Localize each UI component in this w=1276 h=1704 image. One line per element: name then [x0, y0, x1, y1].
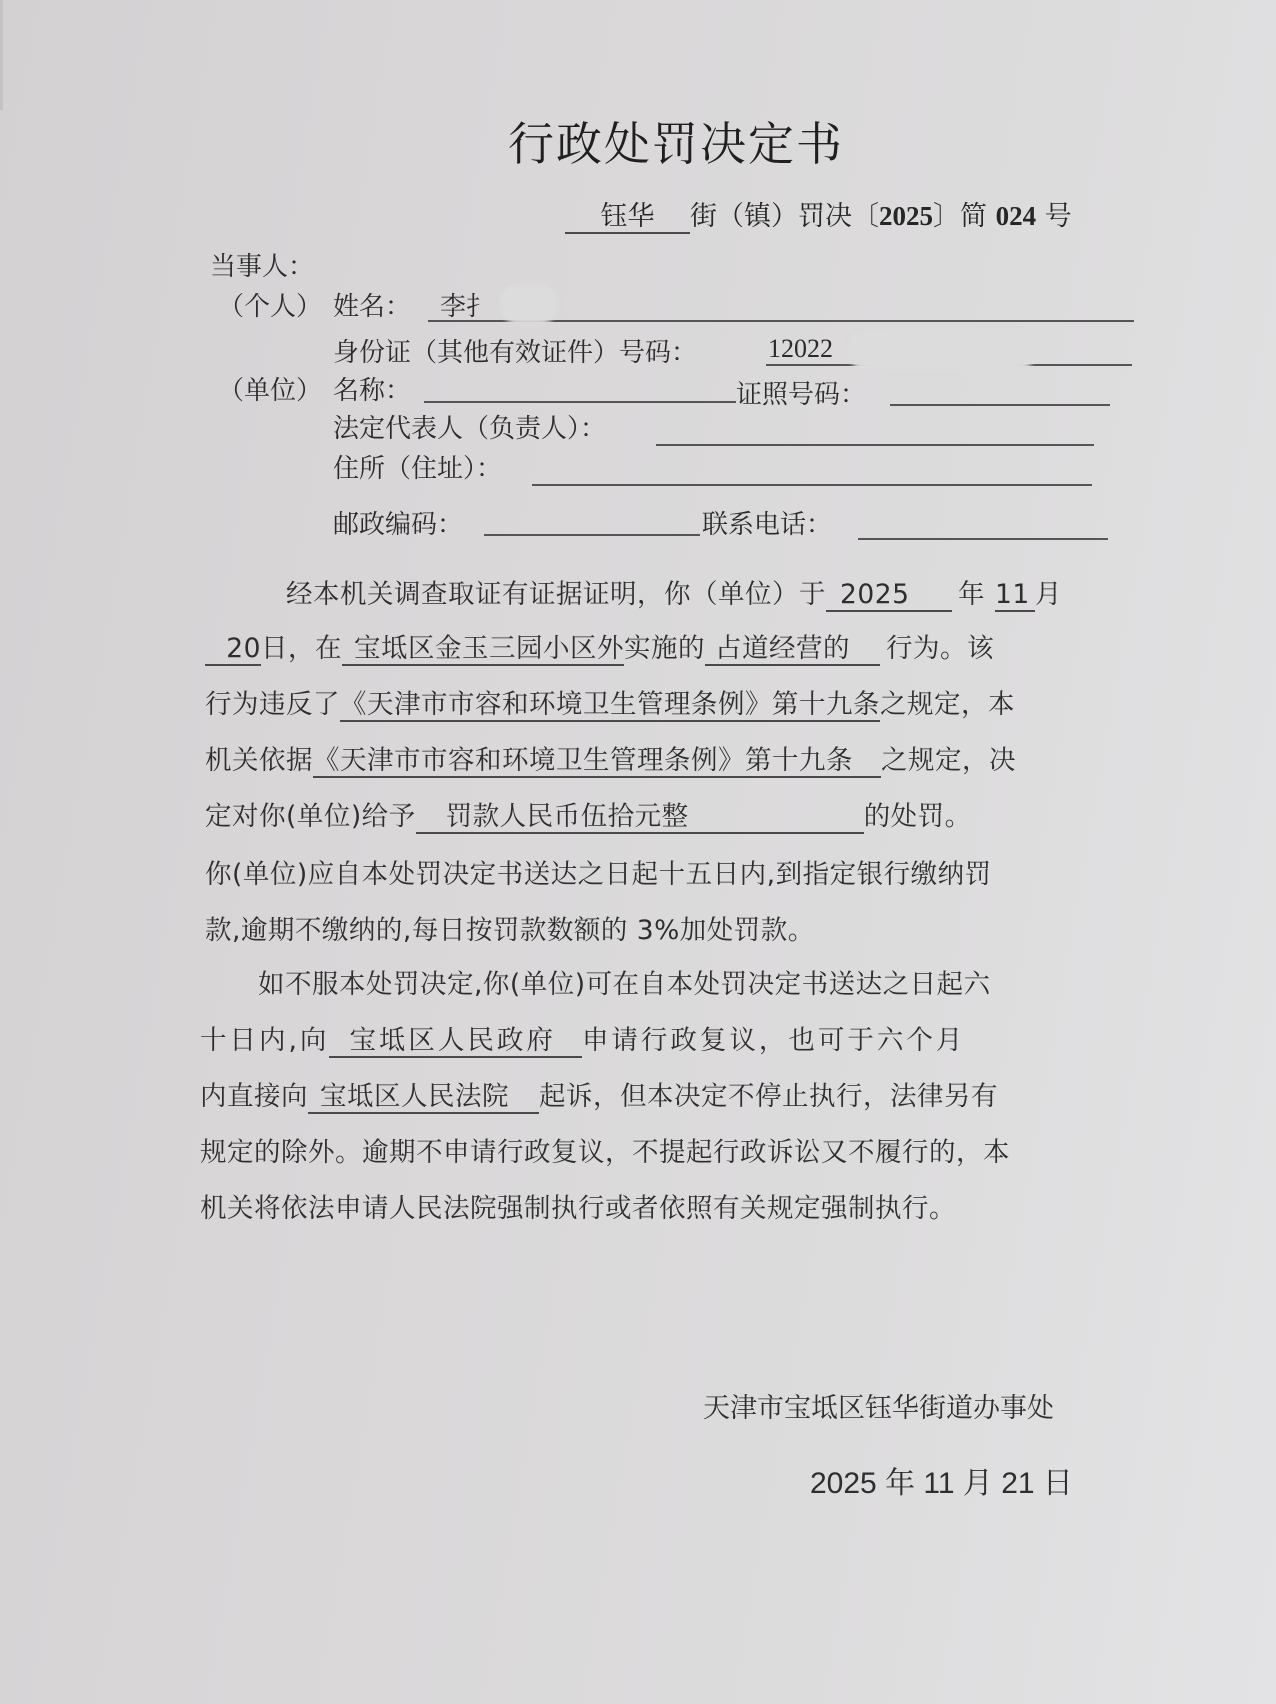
facts-line-4: 机关依据《天津市市容和环境卫生管理条例》第十九条之规定，决	[205, 738, 1016, 778]
license-field	[890, 404, 1110, 406]
payment-line-1: 你(单位)应自本处罚决定书送达之日起十五日内,到指定银行缴纳罚	[205, 852, 992, 891]
basis-law: 《天津市市容和环境卫生管理条例》第十九条	[313, 746, 881, 778]
facts-text: 实施的	[624, 633, 705, 664]
offense-year: 2025	[826, 580, 952, 612]
appeal-line-2: 十日内,向宝坻区人民政府申请行政复议，也可于六个月	[200, 1018, 965, 1058]
appeal-text: 内直接向	[200, 1081, 308, 1112]
redaction-blur	[500, 284, 558, 324]
doc-number-serial: 024	[996, 201, 1037, 231]
facts-text: 经本机关调查取证有证据证明，你（单位）于	[286, 579, 826, 610]
issuing-authority: 天津市宝坻区钰华街道办事处	[703, 1386, 1054, 1425]
unit-name-field	[424, 401, 736, 403]
violated-law: 《天津市市容和环境卫生管理条例》第十九条	[340, 690, 880, 722]
court: 宝坻区人民法院	[308, 1082, 539, 1114]
facts-text: 行为违反了	[205, 689, 340, 720]
offense-behavior: 占道经营的	[705, 634, 880, 666]
phone-field	[858, 538, 1108, 540]
phone-label: 联系电话：	[702, 504, 832, 541]
appeal-line-4: 规定的除外。逾期不申请行政复议，不提起行政诉讼又不履行的，本	[200, 1130, 1010, 1169]
facts-text: 日，在	[261, 633, 342, 664]
name-label: 姓名：	[333, 286, 411, 323]
doc-number-text-mid: 〕简	[933, 201, 987, 232]
facts-text: 定对你(单位)给予	[205, 801, 416, 832]
issue-date: 2025 年 11 月 21 日	[810, 1458, 1073, 1502]
facts-text: 机关依据	[205, 745, 313, 776]
appeal-text: 申请行政复议，也可于六个月	[582, 1025, 966, 1056]
offense-month: 11	[995, 580, 1035, 612]
postal-label: 邮政编码：	[333, 504, 463, 541]
appeal-text: 十日内,向	[200, 1025, 329, 1056]
offense-location: 宝坻区金玉三园小区外	[342, 634, 624, 666]
party-label: 当事人：	[210, 246, 314, 283]
facts-line-1: 经本机关调查取证有证据证明，你（单位）于2025年11月	[286, 572, 1062, 612]
unit-label: （单位）	[218, 370, 322, 407]
appeal-line-5: 机关将依法申请人民法院强制执行或者依照有关规定强制执行。	[200, 1186, 956, 1225]
facts-text: 行为。该	[886, 633, 994, 664]
doc-number-text: 街（镇）罚决〔	[690, 201, 879, 232]
doc-number-suffix: 号	[1045, 201, 1072, 232]
appeal-line-3: 内直接向宝坻区人民法院起诉，但本决定不停止执行，法律另有	[200, 1074, 998, 1114]
year-suffix: 年	[958, 579, 985, 610]
name-value: 李扌	[440, 286, 492, 323]
postal-field	[484, 534, 700, 536]
offense-day: 20	[205, 634, 261, 666]
redaction-blur	[848, 330, 1036, 370]
month-suffix: 月	[1035, 579, 1062, 610]
document-title: 行政处罚决定书	[508, 108, 844, 174]
facts-text: 的处罚。	[864, 801, 972, 832]
unit-name-label: 名称：	[333, 370, 411, 407]
license-label: 证照号码：	[736, 374, 866, 411]
penalty-amount: 罚款人民币伍拾元整	[416, 802, 864, 834]
address-field	[532, 484, 1092, 486]
review-organization: 宝坻区人民政府	[329, 1026, 582, 1058]
doc-number-prefix: 钰华	[565, 201, 690, 234]
appeal-text: 起诉，但本决定不停止执行，法律另有	[539, 1081, 998, 1112]
address-label: 住所（住址）：	[333, 448, 502, 485]
facts-line-3: 行为违反了《天津市市容和环境卫生管理条例》第十九条之规定，本	[205, 682, 1015, 722]
facts-text: 之规定，本	[880, 689, 1015, 720]
doc-number-year: 2025	[879, 201, 933, 231]
payment-line-2: 款,逾期不缴纳的,每日按罚款数额的 3%加处罚款。	[205, 908, 815, 947]
individual-label: （个人）	[218, 286, 322, 323]
appeal-line-1: 如不服本处罚决定,你(单位)可在自本处罚决定书送达之日起六	[258, 962, 991, 1001]
paper-edge	[0, 0, 3, 110]
id-value: 12022	[768, 334, 833, 364]
facts-line-5: 定对你(单位)给予罚款人民币伍拾元整的处罚。	[205, 794, 972, 834]
document-number: 钰华街（镇）罚决〔2025〕简 024 号	[565, 194, 1072, 234]
legal-rep-label: 法定代表人（负责人）：	[333, 408, 606, 445]
facts-text: 之规定，决	[881, 745, 1016, 776]
id-label: 身份证（其他有效证件）号码：	[333, 332, 697, 369]
facts-line-2: 20日，在宝坻区金玉三园小区外实施的占道经营的行为。该	[205, 626, 994, 666]
penalty-decision-document: 行政处罚决定书 钰华街（镇）罚决〔2025〕简 024 号 当事人： （个人） …	[0, 0, 1276, 1704]
legal-rep-field	[656, 444, 1094, 446]
